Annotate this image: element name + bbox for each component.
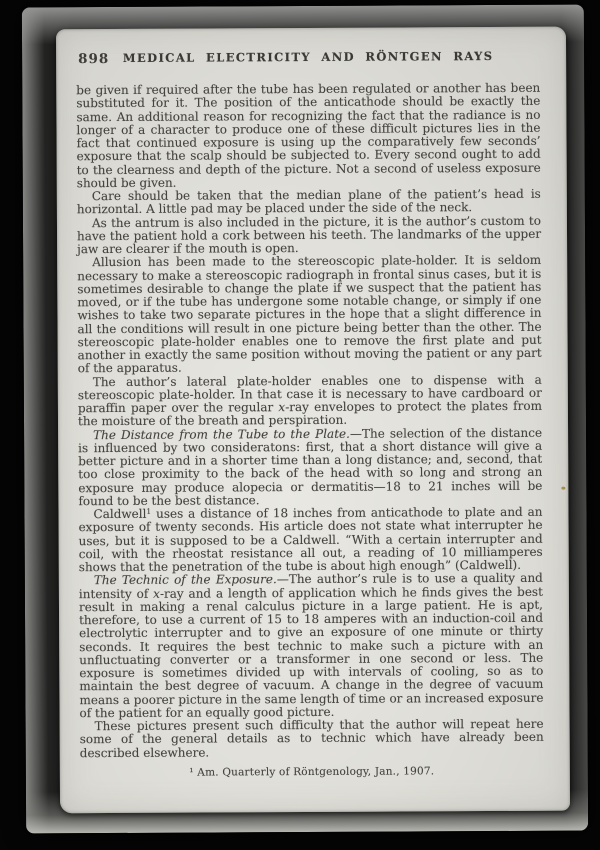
paragraph: Care should be taken that the median pla… [77, 188, 541, 217]
running-title: MEDICAL ELECTRICITY AND RÖNTGEN RAYS [76, 49, 540, 65]
book-page: 898 MEDICAL ELECTRICITY AND RÖNTGEN RAYS… [56, 27, 570, 814]
paragraph: The author’s lateral plate-holder enable… [78, 373, 542, 428]
page-header: 898 MEDICAL ELECTRICITY AND RÖNTGEN RAYS [76, 49, 540, 67]
footnote: ¹ Am. Quarterly of Röntgenology, Jan., 1… [80, 765, 544, 779]
paragraph: The Distance from the Tube to the Plate.… [78, 426, 542, 508]
paragraph: These pictures present such difficulty t… [80, 718, 544, 760]
paragraph: As the antrum is also included in the pi… [77, 214, 541, 256]
paragraph: Caldwell1 uses a distance of 18 inches f… [78, 506, 542, 575]
beveled-frame: 898 MEDICAL ELECTRICITY AND RÖNTGEN RAYS… [22, 5, 588, 834]
paragraph: be given if required after the tube has … [76, 82, 541, 190]
paper-speck [561, 487, 565, 490]
paragraph: Allusion has been made to the stereoscop… [77, 254, 542, 376]
paragraph: The Technic of the Exposure.—The author’… [79, 572, 544, 720]
page-body: be given if required after the tube has … [76, 82, 544, 760]
photo-background: 898 MEDICAL ELECTRICITY AND RÖNTGEN RAYS… [0, 0, 600, 850]
page-number: 898 [78, 51, 109, 67]
